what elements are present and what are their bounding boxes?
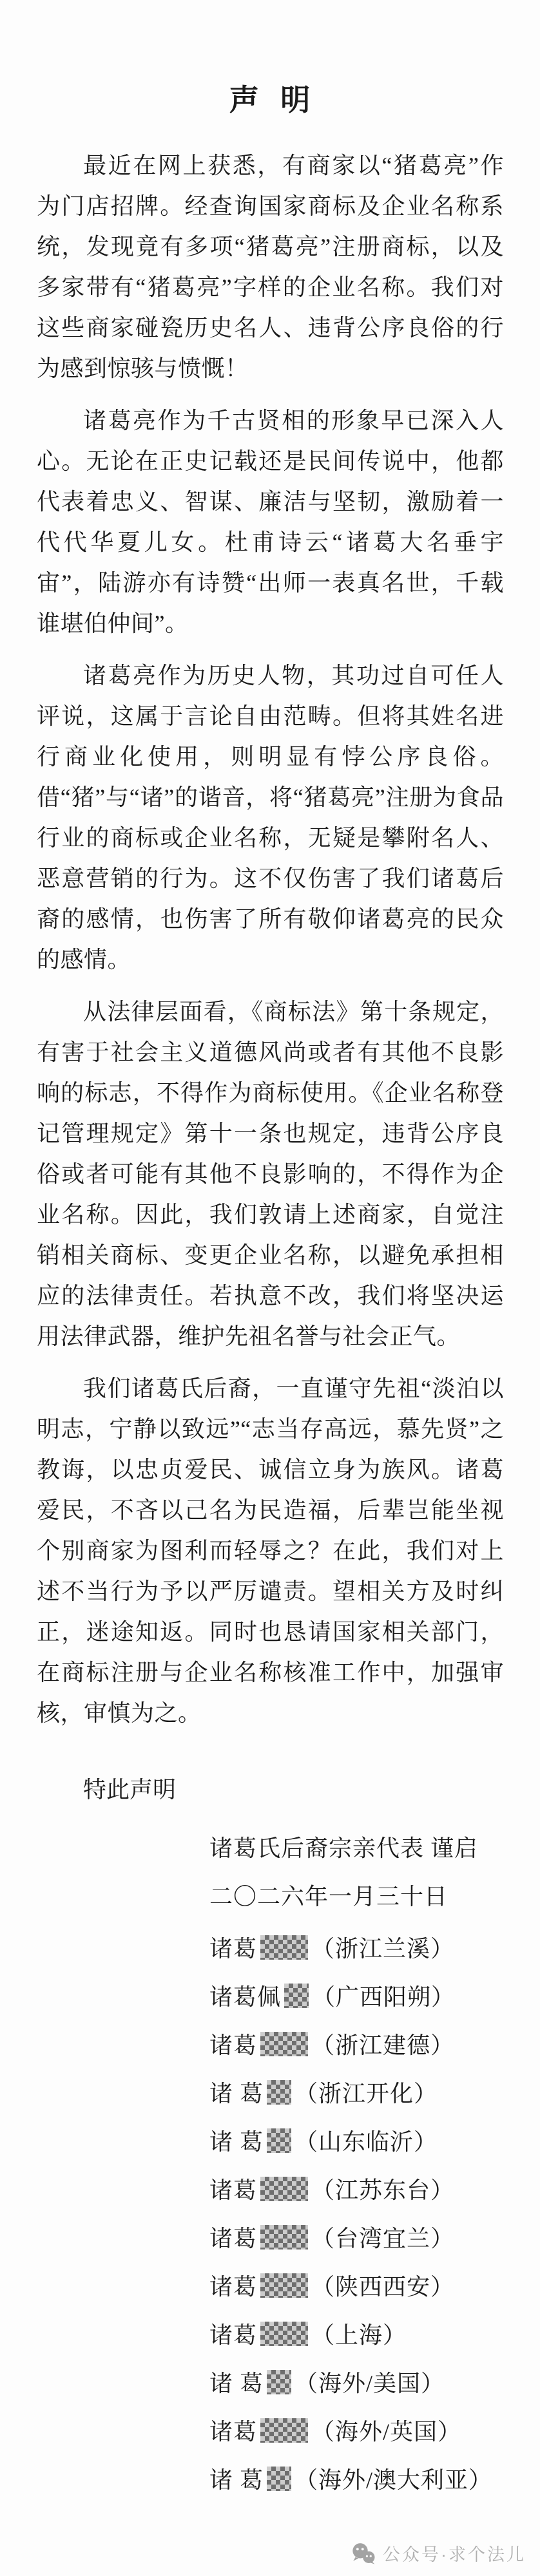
signatory-visible-char: 佩 <box>257 1984 281 2010</box>
page-title: 声 明 <box>37 77 504 124</box>
signature-block: 诸葛氏后裔宗亲代表 谨启 二〇二六年一月三十日 诸葛（浙江兰溪）诸葛佩（广西阳朔… <box>209 1824 504 2505</box>
signatory-surname: 诸 葛 <box>209 2081 264 2107</box>
signatory-row: 诸 葛（山东临沂） <box>209 2118 504 2166</box>
closing-line: 特此声明 <box>37 1770 504 1810</box>
redacted-name-mosaic <box>267 2128 291 2153</box>
signatory-row: 诸 葛（海外/美国） <box>209 2360 504 2408</box>
redacted-name-mosaic <box>284 1984 309 2008</box>
signatory-surname: 诸葛 <box>209 1984 257 2010</box>
signatory-location: （浙江兰溪） <box>311 1936 454 1962</box>
redacted-name-mosaic <box>260 2177 308 2201</box>
signatory-location: （陕西西安） <box>311 2274 454 2300</box>
signatory-location: （台湾宜兰） <box>311 2226 454 2251</box>
signatory-surname: 诸葛 <box>209 2322 257 2348</box>
signatory-surname: 诸葛 <box>209 1936 257 1962</box>
signatory-list: 诸葛（浙江兰溪）诸葛佩（广西阳朔）诸葛（浙江建德）诸 葛（浙江开化）诸 葛（山东… <box>209 1925 504 2505</box>
signatory-surname: 诸葛 <box>209 2032 257 2058</box>
statement-paragraph: 最近在网上获悉，有商家以“猪葛亮”作为门店招牌。经查询国家商标及企业名称系统，发… <box>37 146 504 389</box>
signatory-location: （江苏东台） <box>311 2177 454 2203</box>
redacted-name-mosaic <box>267 2080 291 2105</box>
signatory-surname: 诸葛 <box>209 2226 257 2251</box>
signatory-location: （上海） <box>311 2322 407 2348</box>
signatory-surname: 诸 葛 <box>209 2129 264 2155</box>
redacted-name-mosaic <box>260 2032 308 2056</box>
signatory-row: 诸葛（陕西西安） <box>209 2263 504 2311</box>
wechat-icon <box>351 2543 376 2564</box>
statement-body: 最近在网上获悉，有商家以“猪葛亮”作为门店招牌。经查询国家商标及企业名称系统，发… <box>37 146 504 1734</box>
signatory-location: （广西阳朔） <box>312 1984 455 2010</box>
statement-paragraph: 从法律层面看，《商标法》第十条规定，有害于社会主义道德风尚或者有其他不良影响的标… <box>37 992 504 1357</box>
signatory-row: 诸葛（上海） <box>209 2311 504 2360</box>
signatory-row: 诸葛（海外/英国） <box>209 2408 504 2456</box>
signatory-row: 诸葛佩（广西阳朔） <box>209 1973 504 2022</box>
signatory-location: （山东临沂） <box>294 2129 438 2155</box>
statement-document: 声 明 最近在网上获悉，有商家以“猪葛亮”作为门店招牌。经查询国家商标及企业名称… <box>0 0 540 2576</box>
signatory-location: （浙江建德） <box>311 2032 454 2058</box>
watermark-label: 公众号·求个法儿 <box>383 2541 526 2566</box>
signatory-location: （浙江开化） <box>294 2081 438 2107</box>
redacted-name-mosaic <box>260 2418 308 2443</box>
redacted-name-mosaic <box>267 2370 291 2394</box>
signatory-row: 诸葛（台湾宜兰） <box>209 2215 504 2263</box>
signatory-location: （海外/美国） <box>294 2371 445 2396</box>
signatory-surname: 诸葛 <box>209 2419 257 2445</box>
watermark: 公众号·求个法儿 <box>351 2541 526 2566</box>
signatory-row: 诸葛（浙江建德） <box>209 2022 504 2070</box>
statement-paragraph: 我们诸葛氏后裔，一直谨守先祖“淡泊以明志，宁静以致远”“志当存高远，慕先贤”之教… <box>37 1368 504 1734</box>
signatory-surname: 诸葛 <box>209 2274 257 2300</box>
signer-line: 诸葛氏后裔宗亲代表 谨启 <box>209 1824 504 1873</box>
signatory-row: 诸 葛（海外/澳大利亚） <box>209 2456 504 2505</box>
signatory-surname: 诸葛 <box>209 2177 257 2203</box>
redacted-name-mosaic <box>260 2273 308 2298</box>
redacted-name-mosaic <box>267 2467 291 2491</box>
signatory-location: （海外/英国） <box>311 2419 461 2445</box>
signatory-row: 诸 葛（浙江开化） <box>209 2070 504 2118</box>
date-line: 二〇二六年一月三十日 <box>209 1873 504 1921</box>
signatory-row: 诸葛（浙江兰溪） <box>209 1925 504 1973</box>
signatory-surname: 诸 葛 <box>209 2371 264 2396</box>
statement-paragraph: 诸葛亮作为历史人物，其功过自可任人评说，这属于言论自由范畴。但将其姓名进行商业化… <box>37 656 504 980</box>
statement-paragraph: 诸葛亮作为千古贤相的形象早已深入人心。无论在正史记载还是民间传说中，他都代表着忠… <box>37 401 504 644</box>
signatory-location: （海外/澳大利亚） <box>294 2467 492 2493</box>
redacted-name-mosaic <box>260 2322 308 2346</box>
signatory-row: 诸葛（江苏东台） <box>209 2166 504 2215</box>
redacted-name-mosaic <box>260 2225 308 2249</box>
redacted-name-mosaic <box>260 1935 308 1960</box>
signatory-surname: 诸 葛 <box>209 2467 264 2493</box>
